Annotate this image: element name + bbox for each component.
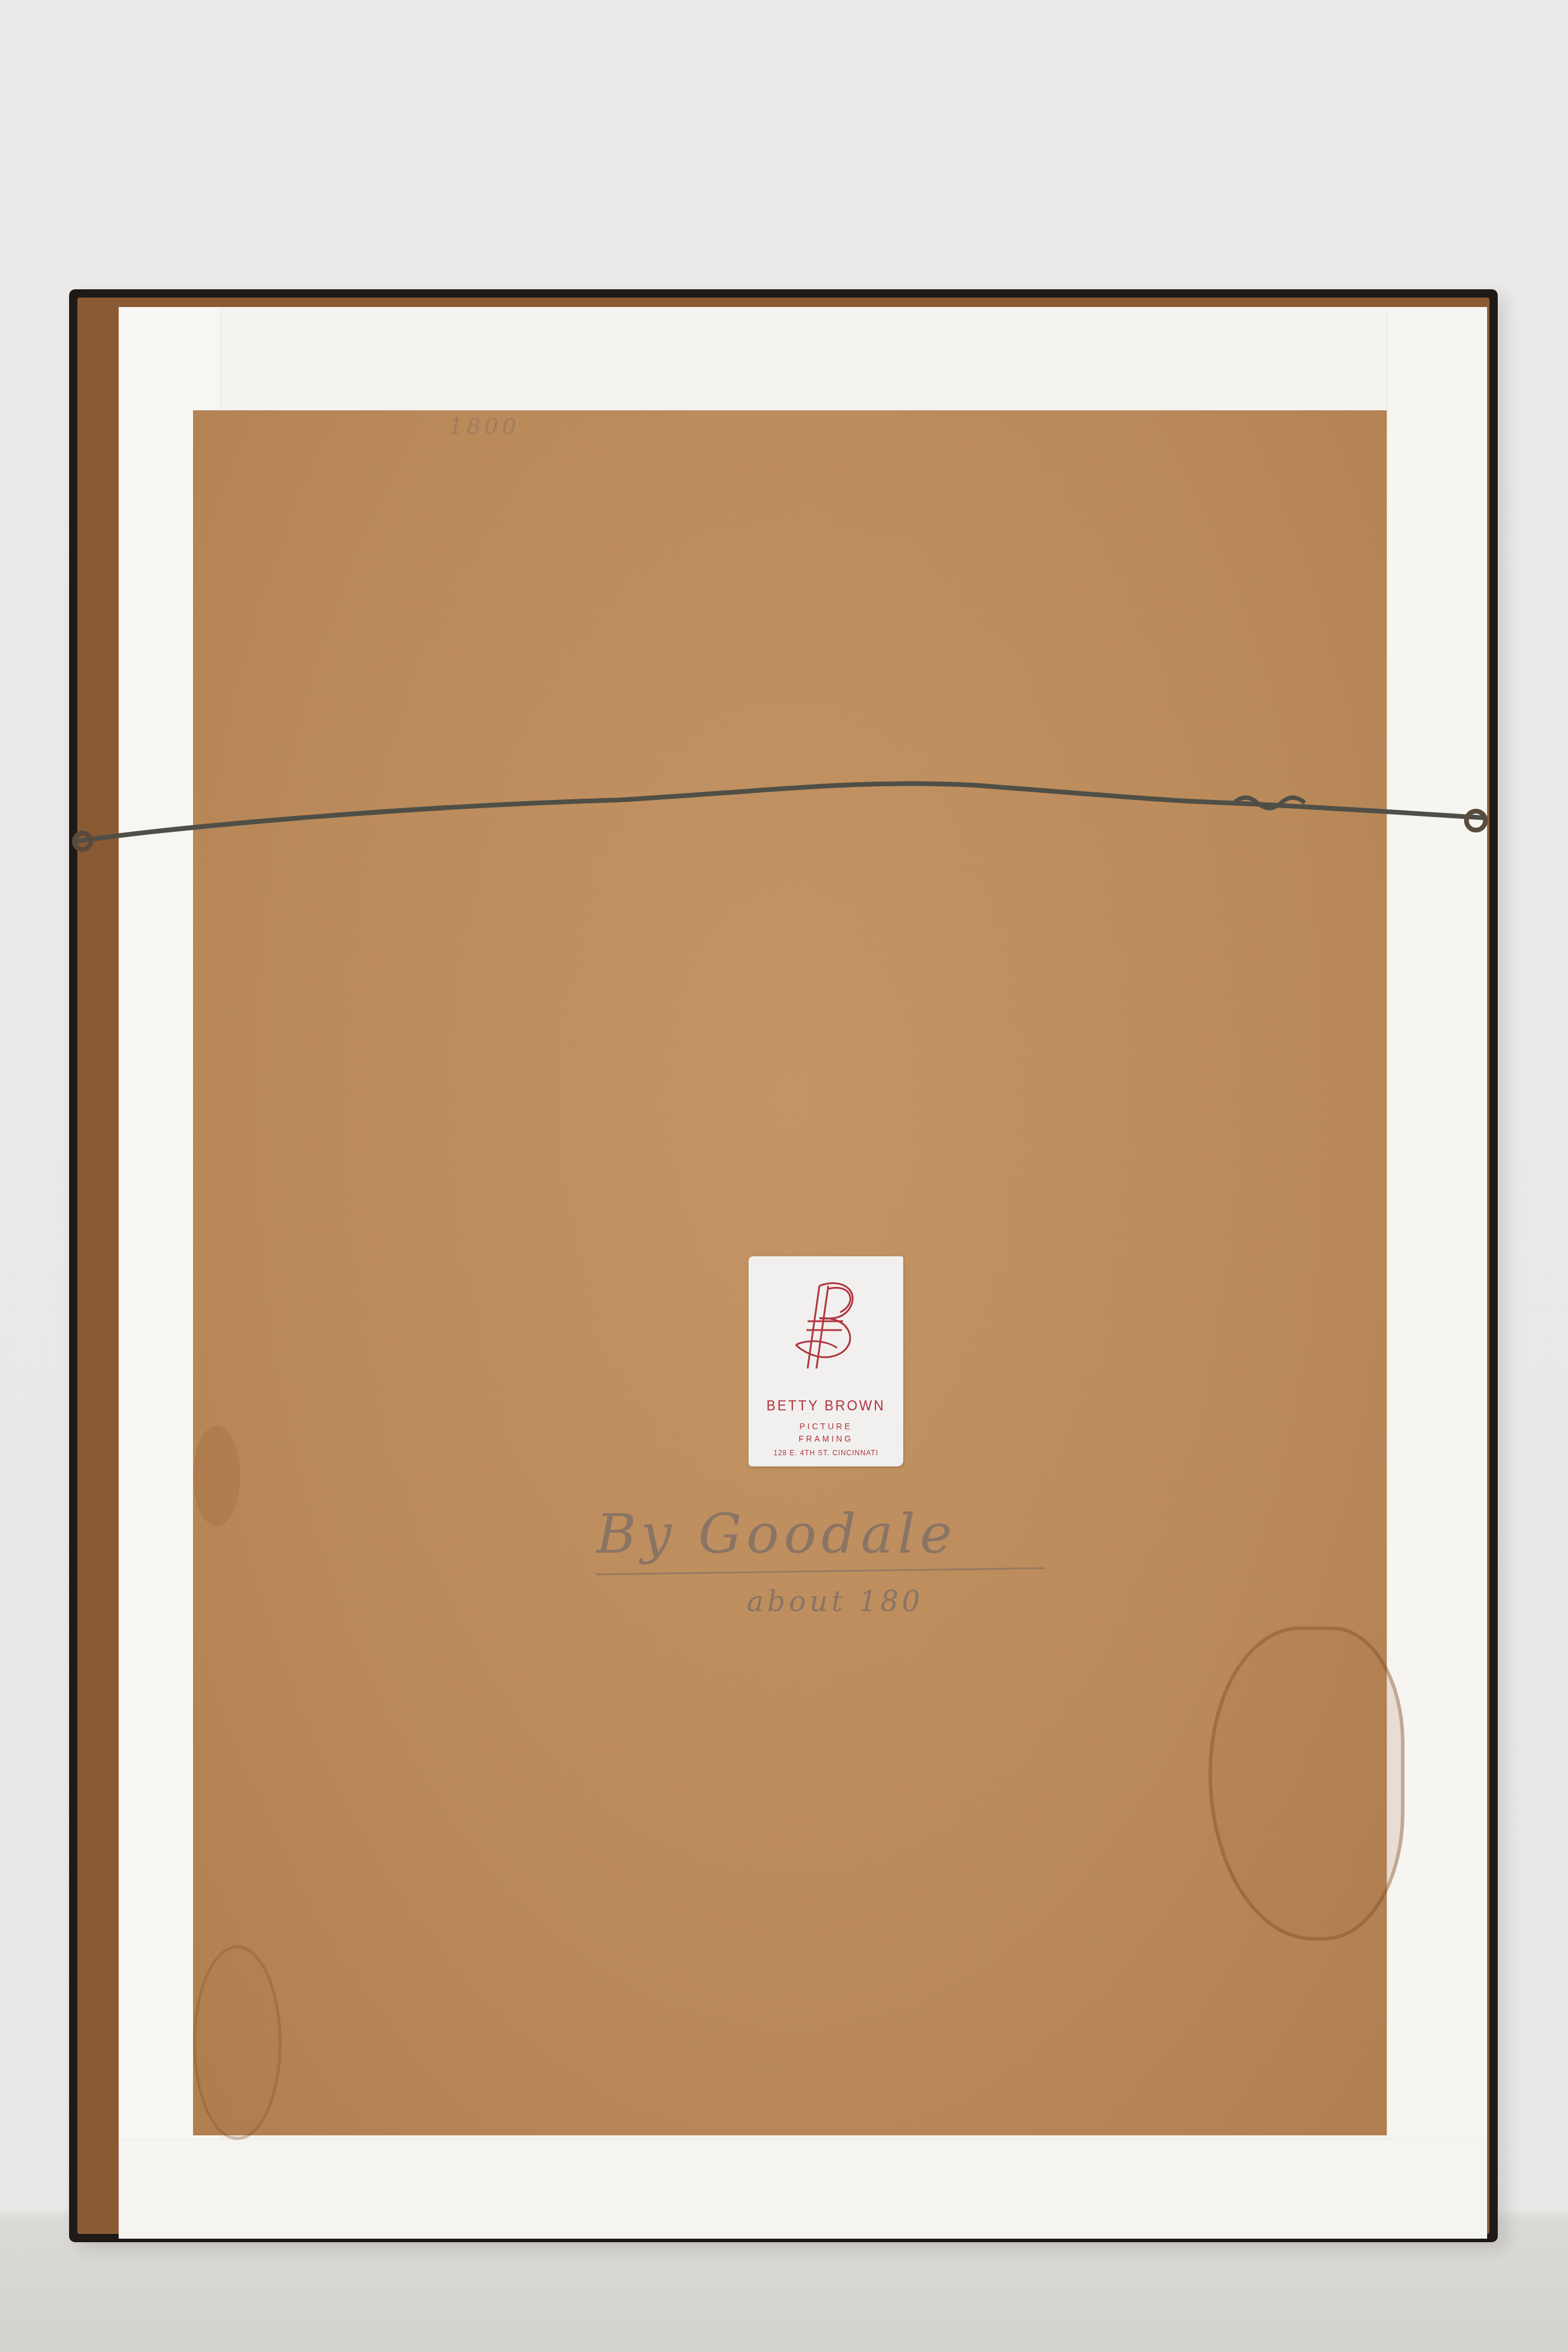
bb-monogram-icon <box>784 1274 873 1380</box>
tape-strip-right <box>1388 307 1487 2239</box>
water-stain <box>193 1945 282 2140</box>
framer-label: BETTY BROWN PICTURE FRAMING 128 E. 4TH S… <box>749 1256 903 1466</box>
tape-strip-top <box>220 307 1388 410</box>
framer-address: 128 E. 4TH ST. CINCINNATI <box>749 1449 903 1457</box>
pencil-inscription-top: 1800 <box>449 413 520 439</box>
water-stain <box>193 1426 240 1526</box>
water-stain <box>1208 1626 1404 1941</box>
framer-brand-name: BETTY BROWN <box>749 1398 903 1414</box>
service-line-2: FRAMING <box>749 1433 903 1445</box>
pencil-inscription-artist: By Goodale <box>596 1502 957 1566</box>
pencil-inscription-date: about 180 <box>747 1585 923 1618</box>
service-line-1: PICTURE <box>749 1420 903 1433</box>
tape-strip-bottom <box>119 2139 1487 2239</box>
framer-service: PICTURE FRAMING <box>749 1420 903 1445</box>
